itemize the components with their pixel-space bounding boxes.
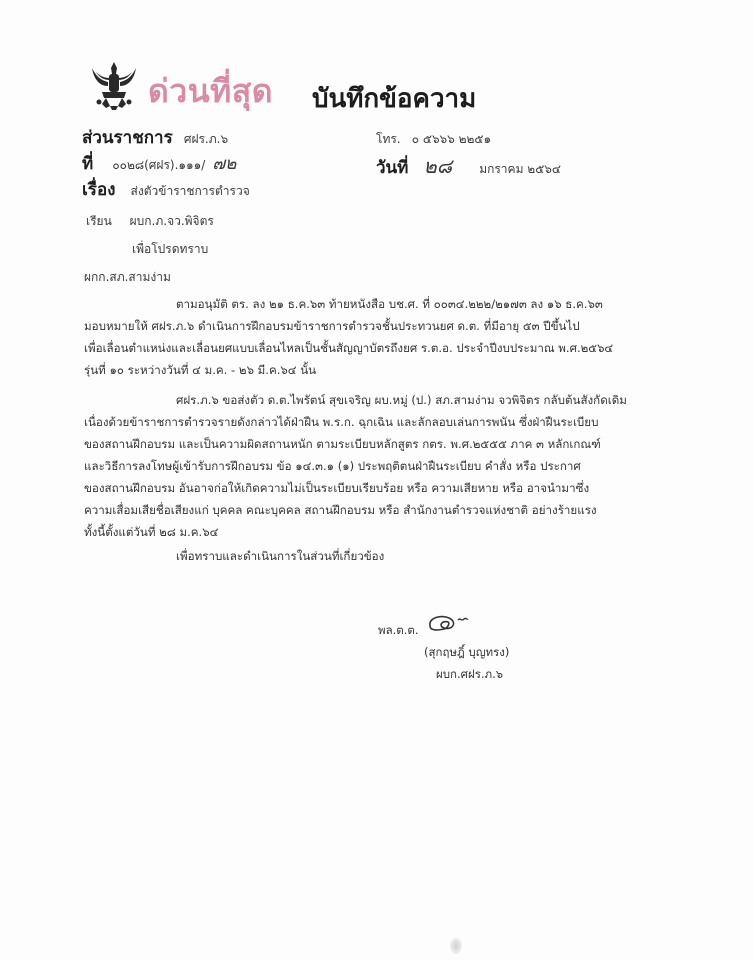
to-row: เรียน ผบก.ภ.จว.พิจิตร bbox=[86, 212, 214, 231]
paragraph-line: มอบหมายให้ ศฝร.ภ.๖ ดำเนินการฝึกอบรมข้ารา… bbox=[84, 318, 580, 336]
paragraph-line: ความเสื่อมเสียชื่อเสียงแก่ บุคคล คณะบุคค… bbox=[84, 502, 597, 520]
purpose-text: เพื่อโปรดทราบ bbox=[132, 240, 208, 259]
subject-row: เรื่อง ส่งตัวข้าราชการตำรวจ bbox=[82, 176, 250, 203]
garuda-emblem-icon bbox=[88, 58, 140, 112]
closing-line: เพื่อทราบและดำเนินการในส่วนที่เกี่ยวข้อง bbox=[176, 548, 384, 566]
memo-document: ด่วนที่สุด บันทึกข้อความ ส่วนราชการ ศฝร.… bbox=[0, 0, 754, 960]
phone-row: โทร. ๐ ๕๖๖๖ ๒๒๕๑ bbox=[376, 128, 491, 149]
reference-row: ที่ ๐๐๒๘(ศฝร).๑๑๑/ ๗๒ bbox=[82, 150, 236, 177]
paragraph-line: เนื่องด้วยข้าราชการตำรวจรายดังกล่าวได้ฝ่… bbox=[84, 414, 598, 432]
date-month-year: มกราคม ๒๕๖๔ bbox=[479, 162, 561, 176]
paragraph-line: ศฝร.ภ.๖ ขอส่งตัว ด.ต.ไพรัตน์ สุขเจริญ ผบ… bbox=[176, 392, 627, 410]
to-label: เรียน bbox=[86, 214, 112, 228]
subject-value: ส่งตัวข้าราชการตำรวจ bbox=[131, 184, 250, 198]
signer-name: (สุกฤษฎิ์ บุญทรง) bbox=[424, 644, 509, 662]
agency-label: ส่วนราชการ bbox=[82, 128, 173, 148]
cc-text: ผกก.สภ.สามง่าม bbox=[84, 268, 171, 287]
paragraph-line: รุ่นที่ ๑๐ ระหว่างวันที่ ๔ ม.ค. - ๒๖ มี.… bbox=[84, 362, 316, 380]
reference-value: ๐๐๒๘(ศฝร).๑๑๑/ bbox=[112, 158, 205, 172]
phone-value: ๐ ๕๖๖๖ ๒๒๕๑ bbox=[412, 132, 491, 146]
agency-row: ส่วนราชการ ศฝร.ภ.๖ bbox=[82, 124, 228, 151]
paragraph-line: เพื่อเลื่อนตำแหน่งและเลื่อนยศแบบเลื่อนไห… bbox=[84, 340, 613, 358]
reference-handwritten-number: ๗๒ bbox=[212, 154, 236, 174]
paragraph-line: ตามอนุมัติ ตร. ลง ๒๑ ธ.ค.๖๓ ท้ายหนังสือ … bbox=[176, 296, 603, 314]
agency-value: ศฝร.ภ.๖ bbox=[184, 132, 228, 146]
signer-rank: พล.ต.ต. bbox=[378, 622, 419, 640]
signer-position: ผบก.ศฝร.ภ.๖ bbox=[436, 666, 503, 684]
paragraph-line: และวิธีการลงโทษผู้เข้ารับการฝึกอบรม ข้อ … bbox=[84, 458, 581, 476]
date-label: วันที่ bbox=[376, 158, 408, 178]
reference-label: ที่ bbox=[82, 154, 93, 174]
paragraph-line: ของสถานฝึกอบรม และเป็นความผิดสถานหนัก ตา… bbox=[84, 436, 601, 454]
document-type-title: บันทึกข้อความ bbox=[312, 78, 476, 119]
phone-label: โทร. bbox=[376, 132, 401, 146]
subject-label: เรื่อง bbox=[82, 180, 115, 200]
date-row: วันที่ ๒๘ มกราคม ๒๕๖๔ bbox=[376, 150, 561, 182]
paragraph-line: ทั้งนี้ตั้งแต่วันที่ ๒๘ ม.ค.๖๔ bbox=[84, 524, 218, 542]
paragraph-line: ของสถานฝึกอบรม อันอาจก่อให้เกิดความไม่เป… bbox=[84, 480, 589, 498]
to-value: ผบก.ภ.จว.พิจิตร bbox=[130, 214, 214, 228]
signature-scribble-icon bbox=[424, 612, 474, 640]
date-day-handwritten: ๒๘ bbox=[423, 154, 452, 178]
scan-smudge bbox=[450, 938, 462, 954]
urgency-stamp: ด่วนที่สุด bbox=[148, 66, 273, 117]
